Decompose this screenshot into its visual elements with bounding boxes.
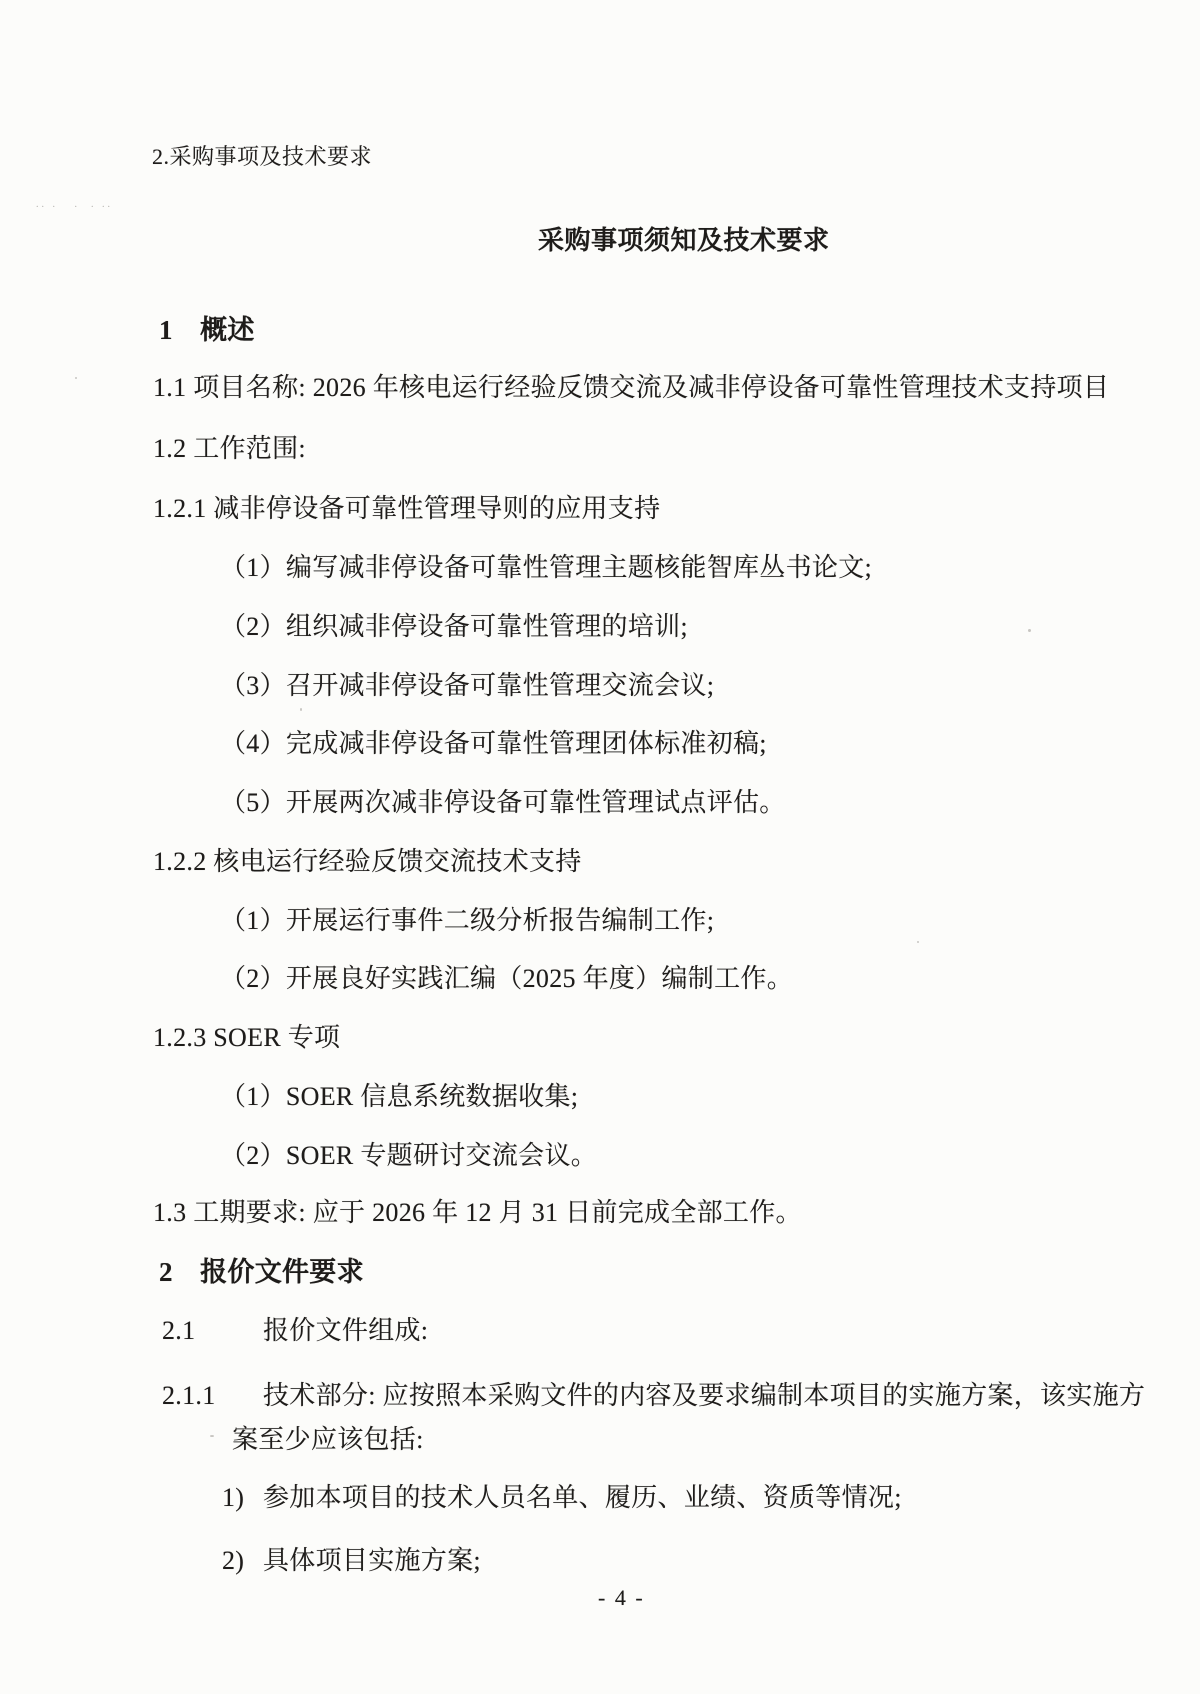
scan-speck [1028,629,1031,632]
doc-line: 1 概述 [159,314,255,346]
doc-line: 案至少应该包括: [232,1424,424,1456]
line-text: 具体项目实施方案; [263,1546,481,1575]
doc-line: 1.1 项目名称: 2026 年核电运行经验反馈交流及减非停设备可靠性管理技术支… [153,372,1109,404]
document-page: 2.采购事项及技术要求 .. . . . .. 采购事项须知及技术要求 1 概述… [0,0,1200,1694]
line-text: 技术部分: 应按照本采购文件的内容及要求编制本项目的实施方案，该实施方 [263,1381,1145,1410]
scan-speck [75,377,77,379]
doc-line: 1)参加本项目的技术人员名单、履历、业绩、资质等情况; [222,1482,902,1514]
document-title: 采购事项须知及技术要求 [538,220,830,257]
doc-line: 1.3 工期要求: 应于 2026 年 12 月 31 日前完成全部工作。 [153,1197,802,1229]
scan-speck [300,708,302,711]
doc-line: 2.1报价文件组成: [162,1315,428,1347]
page-number: - 4 - [598,1585,645,1611]
scan-artifact: .. . . . .. [36,199,113,210]
line-number: 2.1.1 [162,1380,263,1412]
doc-line: 1.2.3 SOER 专项 [153,1022,340,1054]
doc-line: （2）开展良好实践汇编（2025 年度）编制工作。 [220,963,793,995]
doc-line: （5）开展两次减非停设备可靠性管理试点评估。 [220,787,786,819]
doc-line: （2）SOER 专题研讨交流会议。 [220,1140,597,1172]
doc-line: 2)具体项目实施方案; [222,1545,481,1577]
doc-line: （2）组织减非停设备可靠性管理的培训; [220,611,688,643]
doc-line: 1.2.1 减非停设备可靠性管理导则的应用支持 [153,493,660,525]
line-number: 2.1 [162,1315,263,1347]
doc-line: 2.1.1技术部分: 应按照本采购文件的内容及要求编制本项目的实施方案，该实施方 [162,1380,1145,1412]
scan-speck [917,941,919,943]
doc-line: （3）召开减非停设备可靠性管理交流会议; [220,670,714,702]
doc-line: 2 报价文件要求 [159,1256,364,1288]
line-number: 2) [222,1545,263,1577]
doc-line: 1.2 工作范围: [153,433,306,465]
scan-speck [210,1435,214,1437]
line-text: 报价文件组成: [263,1316,428,1345]
doc-line: （1）开展运行事件二级分析报告编制工作; [220,905,714,937]
doc-line: （1）编写减非停设备可靠性管理主题核能智库丛书论文; [220,552,872,584]
line-number: 1) [222,1482,263,1514]
section-header: 2.采购事项及技术要求 [152,140,372,171]
doc-line: 1.2.2 核电运行经验反馈交流技术支持 [153,846,582,878]
doc-line: （1）SOER 信息系统数据收集; [220,1081,578,1113]
doc-line: （4）完成减非停设备可靠性管理团体标准初稿; [220,728,767,760]
line-text: 参加本项目的技术人员名单、履历、业绩、资质等情况; [263,1483,902,1512]
